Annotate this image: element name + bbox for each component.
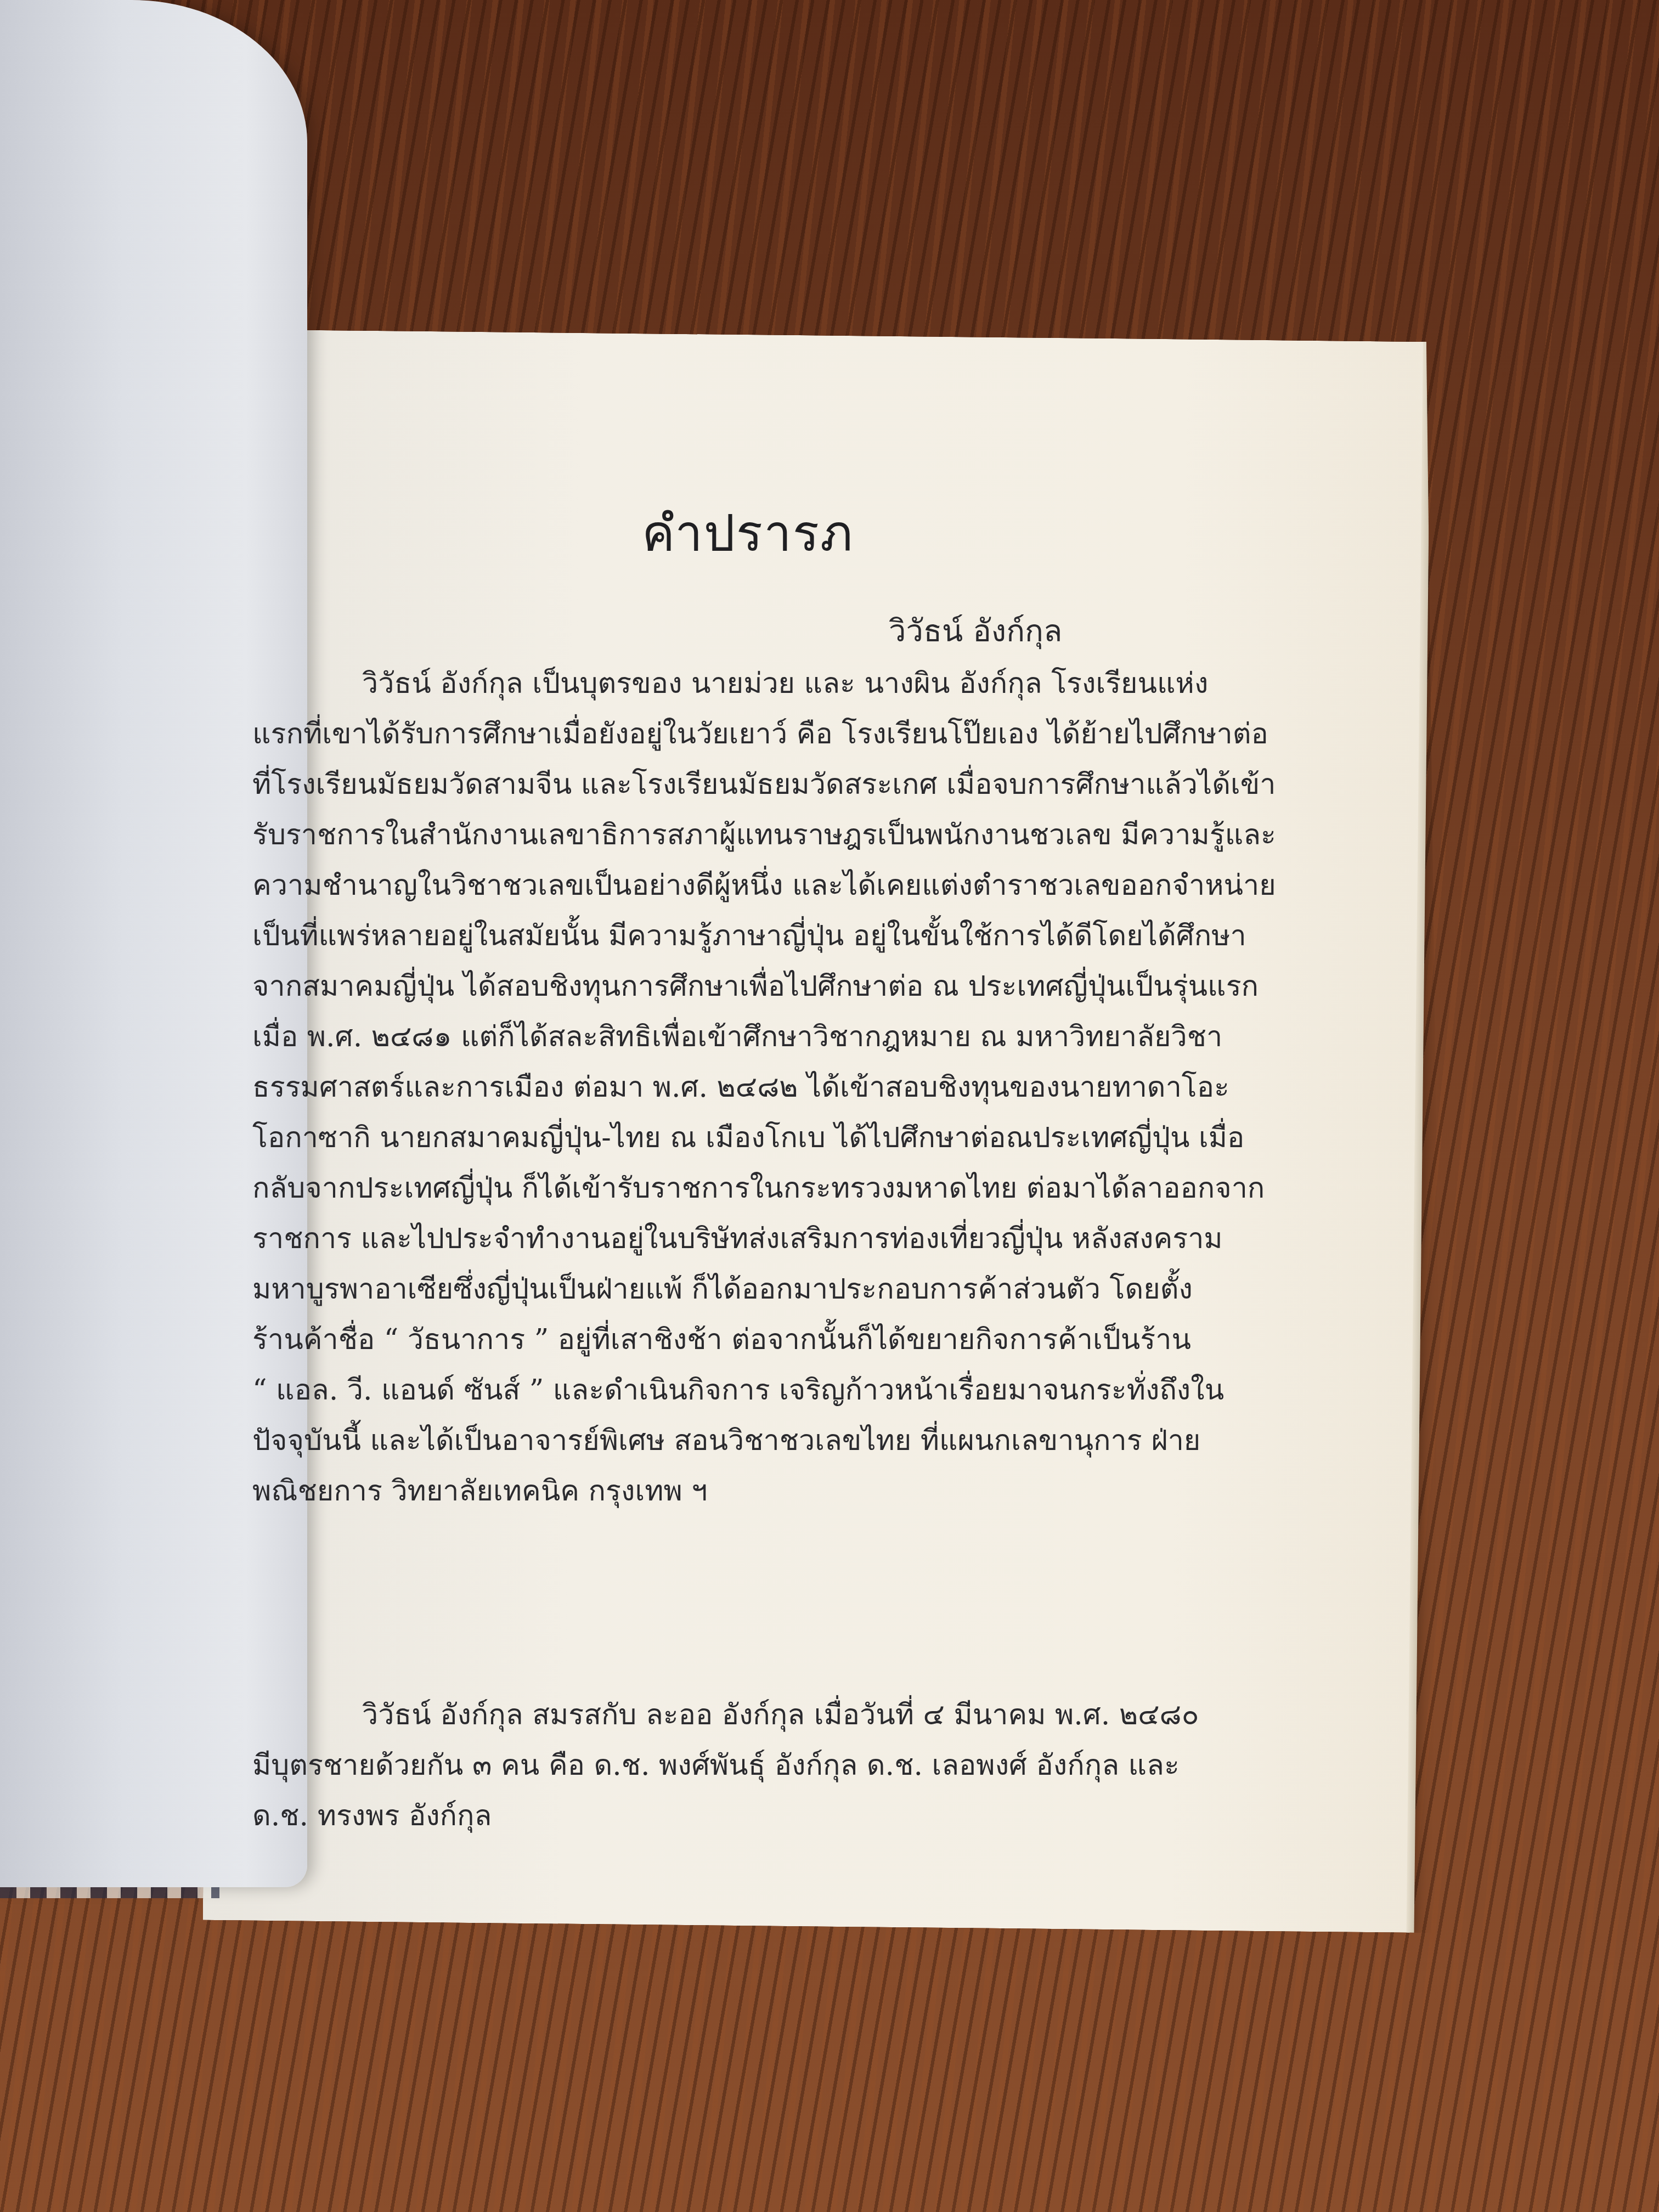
text-line: วิวัธน์ อังก์กุล เป็นบุตรของ นายม่วย และ… [252,658,1276,709]
text-line: ร้านค้าชื่อ “ วัธนาการ ” อยู่ที่เสาชิงช้… [252,1314,1276,1365]
paragraph-family: วิวัธน์ อังก์กุล สมรสกับ ละออ อังก์กุล เ… [252,1690,1199,1841]
text-line: พณิชยการ วิทยาลัยเทคนิค กรุงเทพ ฯ [252,1466,1276,1516]
paragraph-biography: วิวัธน์ อังก์กุล เป็นบุตรของ นายม่วย และ… [252,658,1276,1516]
text-line: ที่โรงเรียนมัธยมวัดสามจีน และโรงเรียนมัธ… [252,759,1276,810]
text-line: มีบุตรชายด้วยกัน ๓ คน คือ ด.ช. พงศ์พันธุ… [252,1740,1199,1791]
book-spine-strip [0,1887,219,1898]
text-line: จากสมาคมญี่ปุ่น ได้สอบชิงทุนการศึกษาเพื่… [252,961,1276,1012]
text-line: ความชำนาญในวิชาชวเลขเป็นอย่างดีผู้หนึ่ง … [252,860,1276,911]
text-line: ธรรมศาสตร์และการเมือง ต่อมา พ.ศ. ๒๔๘๒ ได… [252,1062,1276,1113]
text-line: แรกที่เขาได้รับการศึกษาเมื่อยังอยู่ในวัย… [252,709,1276,759]
text-line: กลับจากประเทศญี่ปุ่น ก็ได้เข้ารับราชการใ… [252,1163,1276,1214]
text-line: โอกาซากิ นายกสมาคมญี่ปุ่น-ไทย ณ เมืองโกเ… [252,1113,1276,1163]
author-byline: วิวัธน์ อังก์กุล [889,606,1062,655]
text-line: มหาบูรพาอาเซียซึ่งญี่ปุ่นเป็นฝ่ายแพ้ ก็ไ… [252,1264,1276,1314]
text-line: รับราชการในสำนักงานเลขาธิการสภาผู้แทนราษ… [252,810,1276,860]
text-line: เมื่อ พ.ศ. ๒๔๘๑ แต่ก็ได้สละสิทธิเพื่อเข้… [252,1012,1276,1062]
text-line: ราชการ และไปประจำทำงานอยู่ในบริษัทส่งเสร… [252,1214,1276,1264]
text-line: “ แอล. วี. แอนด์ ซันส์ ” และดำเนินกิจการ… [252,1365,1276,1415]
page-edge [1407,342,1431,1933]
text-line: เป็นที่แพร่หลายอยู่ในสมัยนั้น มีความรู้ภ… [252,911,1276,961]
text-line: ปัจจุบันนี้ และได้เป็นอาจารย์พิเศษ สอนวิ… [252,1415,1276,1466]
text-line: ด.ช. ทรงพร อังก์กุล [252,1791,1199,1841]
text-line: วิวัธน์ อังก์กุล สมรสกับ ละออ อังก์กุล เ… [252,1690,1199,1740]
page-title: คำปรารภ [642,494,854,572]
